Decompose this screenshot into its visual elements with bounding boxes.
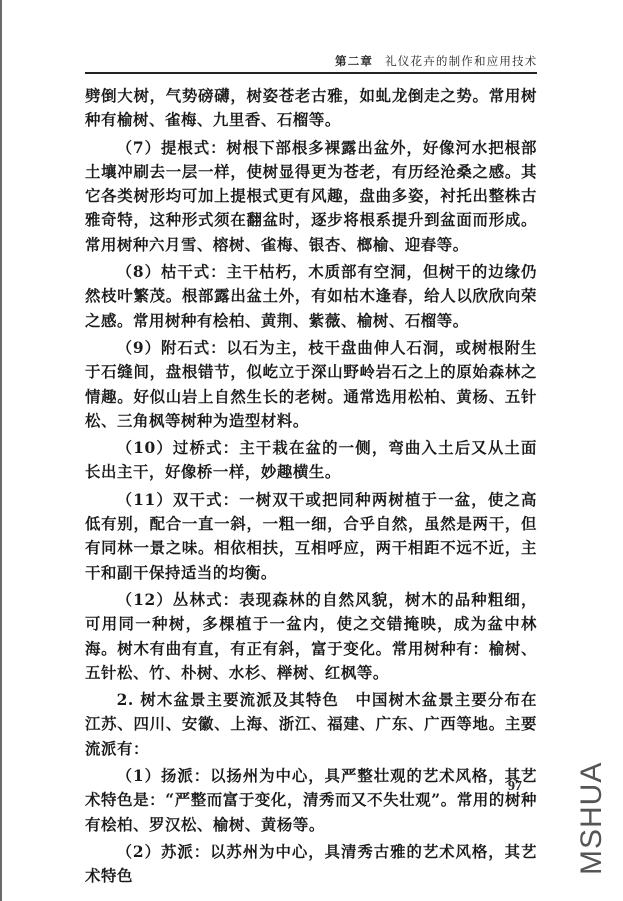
paragraph: （1）扬派：以扬州为中心，具严整壮观的艺术风格，其艺术特色是：“严整而富于变化，…: [85, 764, 537, 837]
chapter-title: 礼仪花卉的制作和应用技术: [385, 54, 537, 68]
paragraph: （2）苏派：以苏州为中心，具清秀古雅的艺术风格，其艺术特色: [85, 840, 537, 889]
body-text: 劈倒大树，气势磅礴，树姿苍老古雅，如虬龙倒走之势。常用树种有榆树、雀梅、九里香、…: [85, 84, 537, 892]
running-header: 第二章礼仪花卉的制作和应用技术: [335, 53, 537, 69]
page-number: 97: [508, 779, 522, 795]
page-left-edge: [0, 0, 2, 901]
paragraph: （12）丛林式：表现森林的自然风貌，树木的品种粗细，可用同一种树，多棵植于一盆内…: [85, 588, 537, 685]
paragraph: （10）过桥式：主干栽在盆的一侧，弯曲入土后又从土面长出主干，好像桥一样，妙趣横…: [85, 436, 537, 485]
watermark: MSHUA: [575, 775, 609, 875]
paragraph: （7）提根式：树根下部根多裸露出盆外，好像河水把根部土壤冲刷去一层一样，使树显得…: [85, 136, 537, 257]
chapter-number: 第二章: [335, 54, 373, 68]
paragraph: 2. 树木盆景主要流派及其特色 中国树木盆景主要分布在江苏、四川、安徽、上海、浙…: [85, 688, 537, 761]
paragraph: （9）附石式：以石为主，枝干盘曲伸人石洞，或树根附生于石缝间，盘根错节，似屹立于…: [85, 336, 537, 433]
paragraph: （11）双干式：一树双干或把同种两树植于一盆，使之高低有别，配合一直一斜，一粗一…: [85, 488, 537, 585]
paragraph: （8）枯干式：主干枯朽，木质部有空洞，但树干的边缘仍然枝叶繁茂。根部露出盆土外，…: [85, 260, 537, 333]
header-rule: [85, 72, 537, 74]
paragraph: 劈倒大树，气势磅礴，树姿苍老古雅，如虬龙倒走之势。常用树种有榆树、雀梅、九里香、…: [85, 84, 537, 133]
